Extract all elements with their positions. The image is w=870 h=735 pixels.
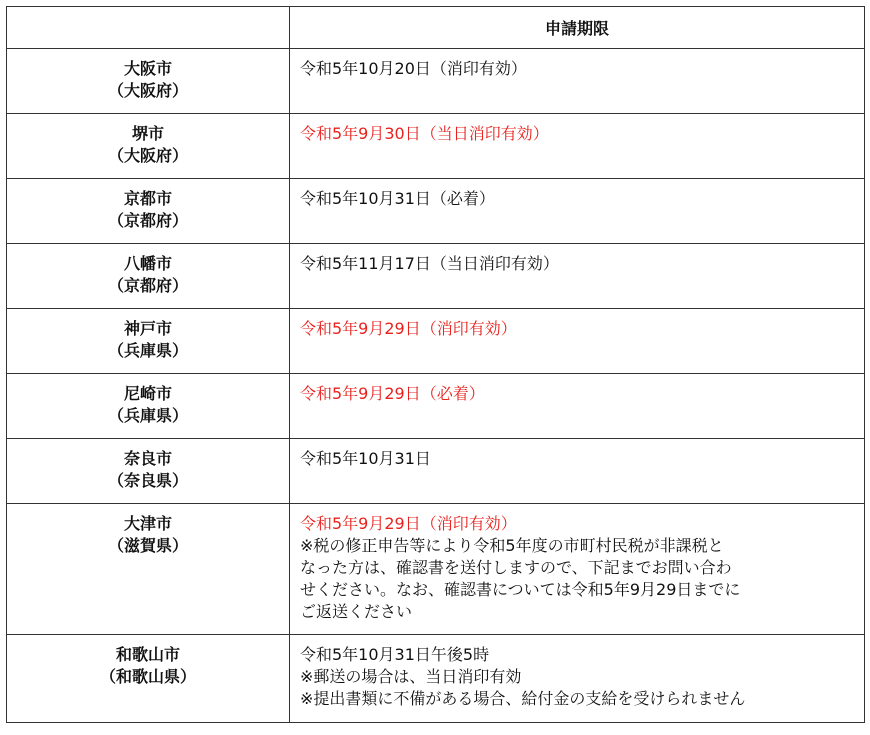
deadline-cell: 令和5年11月17日（当日消印有効） — [290, 244, 865, 309]
prefecture-name: （京都府） — [7, 210, 289, 232]
note-text: ご返送ください — [300, 601, 864, 623]
city-name: 大津市 — [7, 513, 289, 535]
deadline-text: 令和5年10月31日午後5時 — [300, 644, 864, 666]
city-name: 奈良市 — [7, 448, 289, 470]
prefecture-name: （兵庫県） — [7, 340, 289, 362]
deadline-text: 令和5年11月17日（当日消印有効） — [300, 253, 864, 275]
city-cell: 奈良市（奈良県） — [7, 439, 290, 504]
city-name: 大阪市 — [7, 58, 289, 80]
table-row: 大津市（滋賀県）令和5年9月29日（消印有効）※税の修正申告等により令和5年度の… — [7, 504, 865, 635]
city-cell: 京都市（京都府） — [7, 179, 290, 244]
deadline-table: 申請期限 大阪市（大阪府）令和5年10月20日（消印有効）堺市（大阪府）令和5年… — [6, 6, 865, 723]
table-row: 堺市（大阪府）令和5年9月30日（当日消印有効） — [7, 114, 865, 179]
prefecture-name: （京都府） — [7, 275, 289, 297]
deadline-cell: 令和5年10月20日（消印有効） — [290, 49, 865, 114]
prefecture-name: （滋賀県） — [7, 535, 289, 557]
city-name: 堺市 — [7, 123, 289, 145]
deadline-text: 令和5年9月29日（必着） — [300, 383, 864, 405]
city-cell: 堺市（大阪府） — [7, 114, 290, 179]
city-cell: 大津市（滋賀県） — [7, 504, 290, 635]
city-cell: 尼崎市（兵庫県） — [7, 374, 290, 439]
city-name: 八幡市 — [7, 253, 289, 275]
deadline-cell: 令和5年9月29日（必着） — [290, 374, 865, 439]
prefecture-name: （和歌山県） — [7, 666, 289, 688]
city-cell: 大阪市（大阪府） — [7, 49, 290, 114]
header-deadline: 申請期限 — [290, 7, 865, 49]
city-name: 京都市 — [7, 188, 289, 210]
city-name: 和歌山市 — [7, 644, 289, 666]
note-text: ※提出書類に不備がある場合、給付金の支給を受けられません — [300, 688, 864, 710]
note-text: せください。なお、確認書については令和5年9月29日までに — [300, 579, 864, 601]
note-text: なった方は、確認書を送付しますので、下記までお問い合わ — [300, 557, 864, 579]
table-row: 和歌山市（和歌山県）令和5年10月31日午後5時※郵送の場合は、当日消印有効※提… — [7, 635, 865, 723]
city-name: 尼崎市 — [7, 383, 289, 405]
deadline-text: 令和5年10月31日 — [300, 448, 864, 470]
deadline-text: 令和5年10月20日（消印有効） — [300, 58, 864, 80]
table-row: 大阪市（大阪府）令和5年10月20日（消印有効） — [7, 49, 865, 114]
table-row: 京都市（京都府）令和5年10月31日（必着） — [7, 179, 865, 244]
deadline-text: 令和5年9月30日（当日消印有効） — [300, 123, 864, 145]
deadline-cell: 令和5年10月31日午後5時※郵送の場合は、当日消印有効※提出書類に不備がある場… — [290, 635, 865, 723]
deadline-text: 令和5年9月29日（消印有効） — [300, 513, 864, 535]
prefecture-name: （大阪府） — [7, 80, 289, 102]
city-cell: 神戸市（兵庫県） — [7, 309, 290, 374]
table-row: 奈良市（奈良県）令和5年10月31日 — [7, 439, 865, 504]
deadline-cell: 令和5年9月30日（当日消印有効） — [290, 114, 865, 179]
city-cell: 八幡市（京都府） — [7, 244, 290, 309]
table-row: 尼崎市（兵庫県）令和5年9月29日（必着） — [7, 374, 865, 439]
header-city — [7, 7, 290, 49]
deadline-cell: 令和5年9月29日（消印有効） — [290, 309, 865, 374]
table-body: 大阪市（大阪府）令和5年10月20日（消印有効）堺市（大阪府）令和5年9月30日… — [7, 49, 865, 723]
table-row: 神戸市（兵庫県）令和5年9月29日（消印有効） — [7, 309, 865, 374]
table-row: 八幡市（京都府）令和5年11月17日（当日消印有効） — [7, 244, 865, 309]
header-row: 申請期限 — [7, 7, 865, 49]
prefecture-name: （大阪府） — [7, 145, 289, 167]
note-text: ※郵送の場合は、当日消印有効 — [300, 666, 864, 688]
city-name: 神戸市 — [7, 318, 289, 340]
deadline-text: 令和5年9月29日（消印有効） — [300, 318, 864, 340]
deadline-cell: 令和5年9月29日（消印有効）※税の修正申告等により令和5年度の市町村民税が非課… — [290, 504, 865, 635]
deadline-cell: 令和5年10月31日 — [290, 439, 865, 504]
note-text: ※税の修正申告等により令和5年度の市町村民税が非課税と — [300, 535, 864, 557]
prefecture-name: （兵庫県） — [7, 405, 289, 427]
deadline-cell: 令和5年10月31日（必着） — [290, 179, 865, 244]
city-cell: 和歌山市（和歌山県） — [7, 635, 290, 723]
deadline-text: 令和5年10月31日（必着） — [300, 188, 864, 210]
prefecture-name: （奈良県） — [7, 470, 289, 492]
